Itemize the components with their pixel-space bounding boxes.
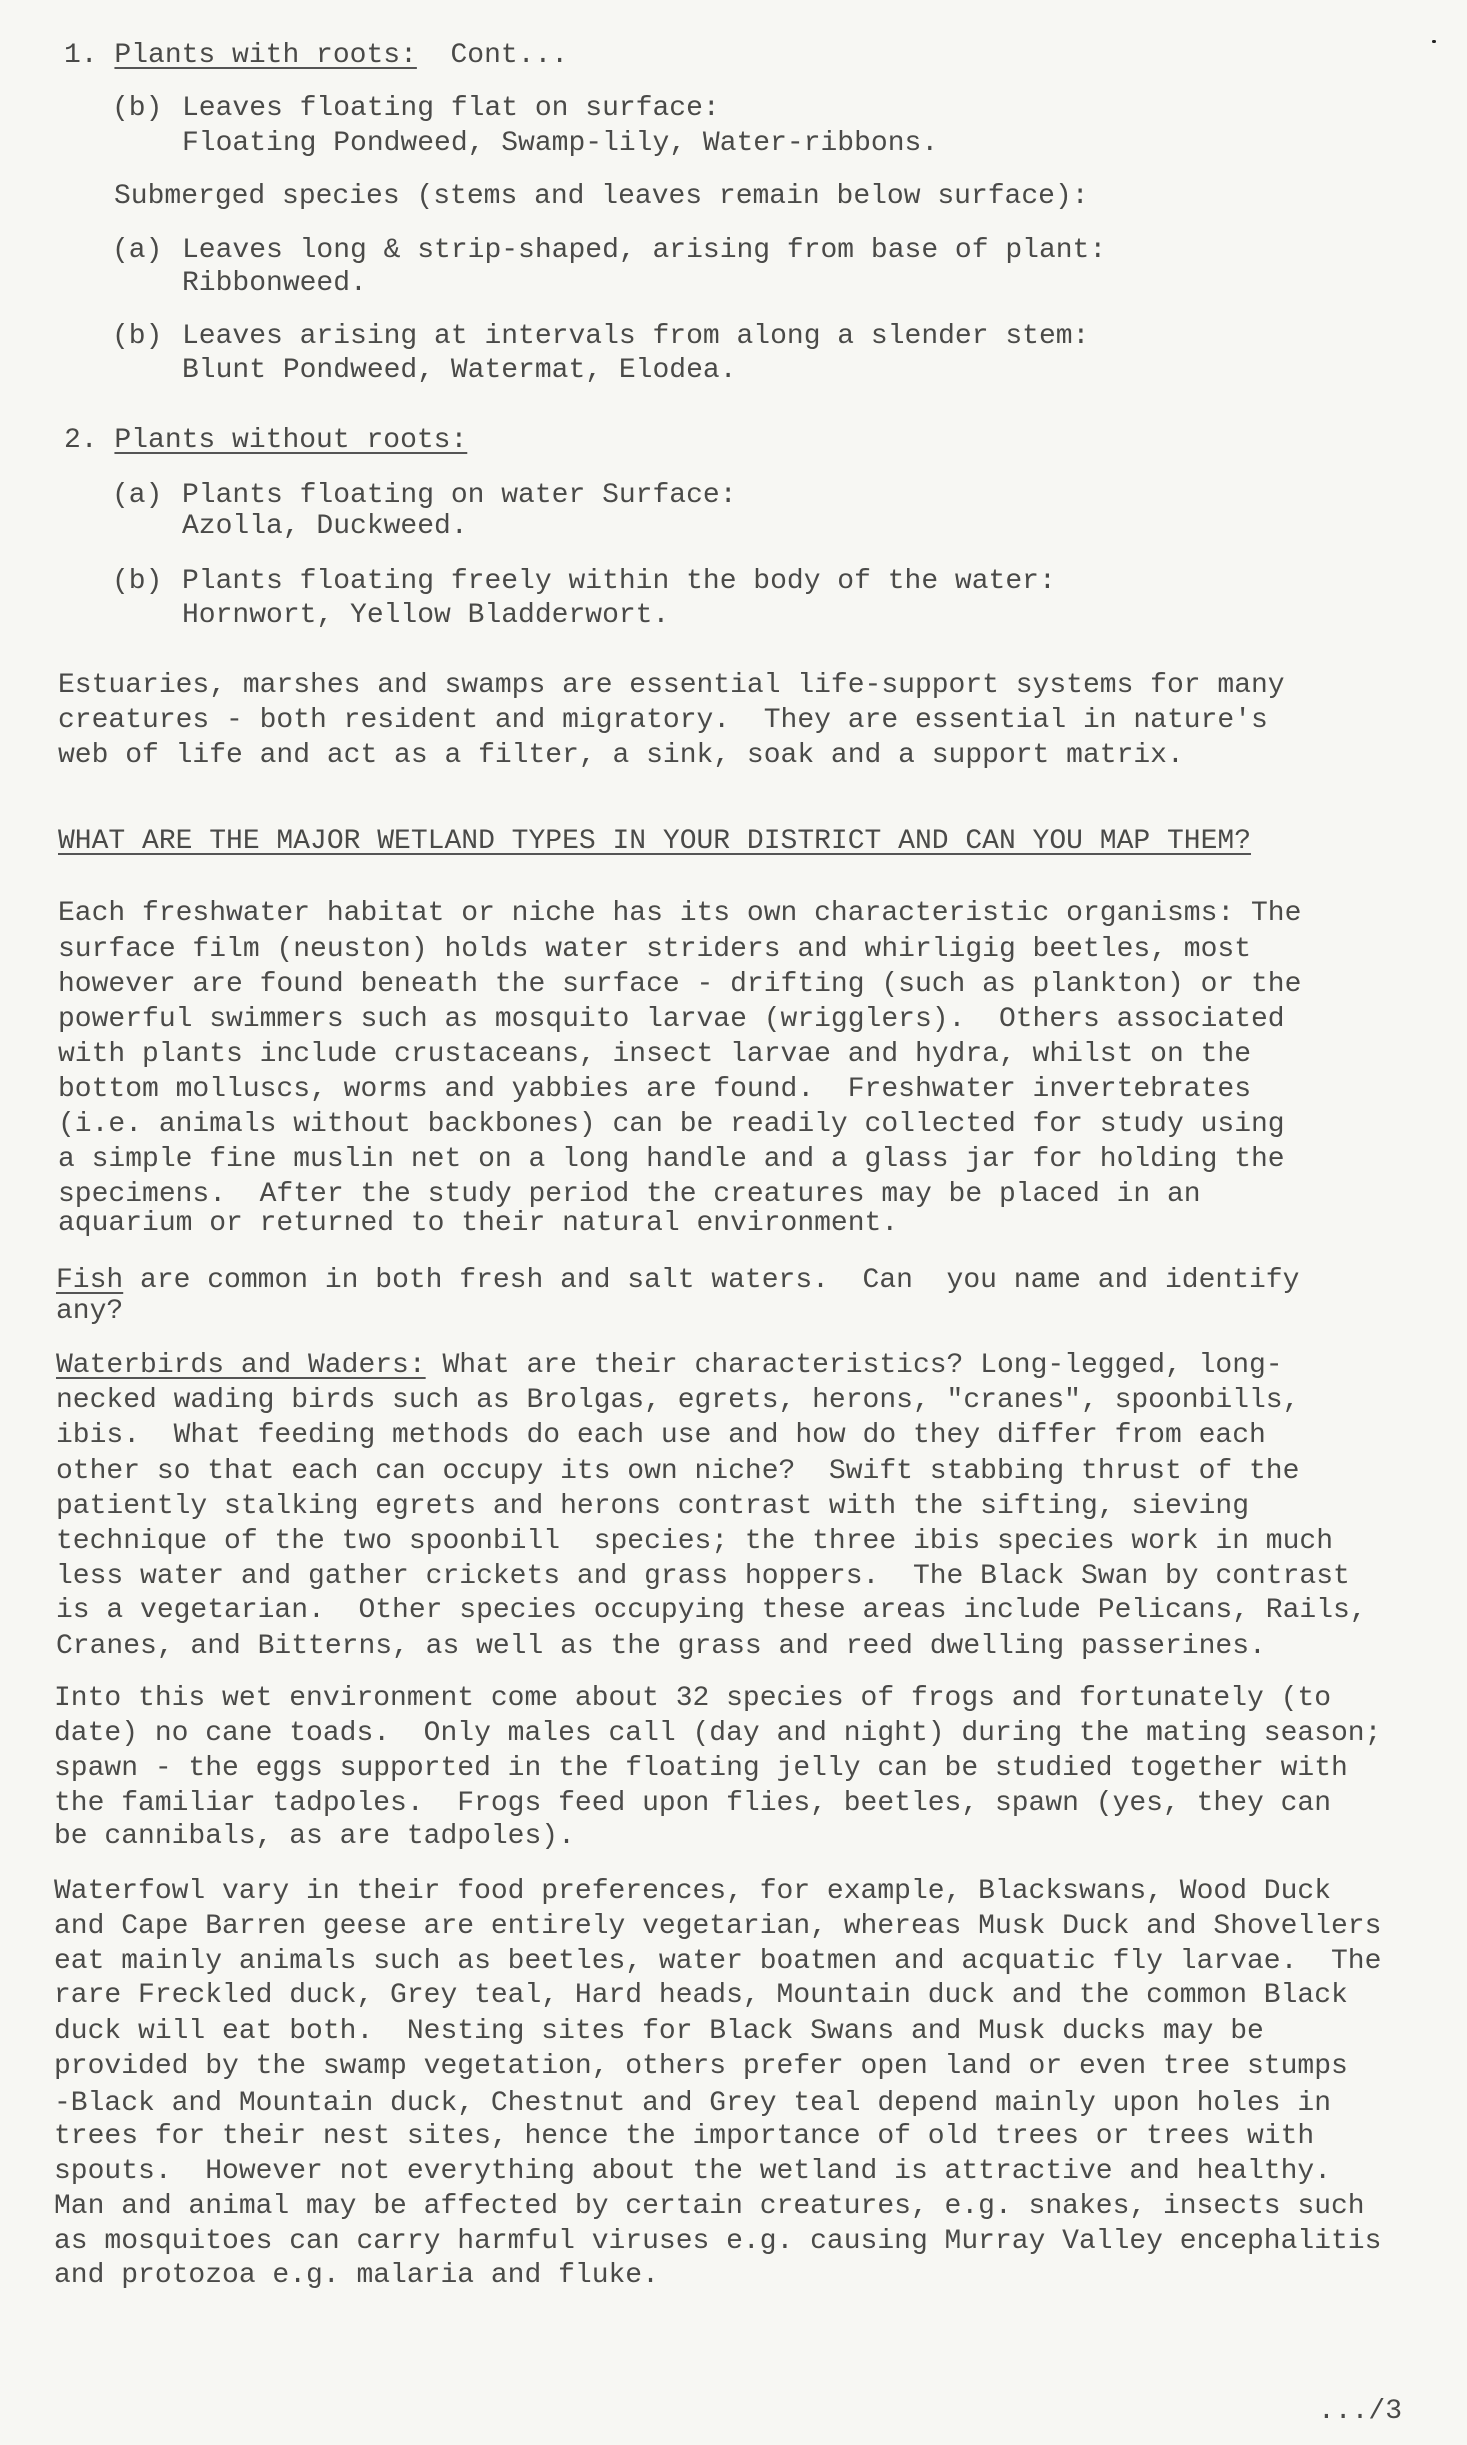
- paragraph-line: spawn - the eggs supported in the floati…: [54, 1755, 1348, 1783]
- ink-speck: [1432, 40, 1436, 43]
- paragraph-line: date) no cane toads. Only males call (da…: [54, 1720, 1381, 1748]
- paragraph-line: powerful swimmers such as mosquito larva…: [58, 1006, 1285, 1034]
- section2-b-line1: Plants floating freely within the body o…: [182, 568, 1056, 596]
- paragraph-line: with plants include crustaceans, insect …: [58, 1041, 1251, 1069]
- submerged-b-label: (b): [112, 323, 162, 351]
- paragraph-line: web of life and act as a filter, a sink,…: [58, 742, 1184, 770]
- section1-heading: 1. Plants with roots: Cont...: [64, 42, 568, 70]
- section1-number: 1.: [64, 40, 98, 71]
- paragraph-line: Waterbirds and Waders: What are their ch…: [56, 1352, 1283, 1380]
- paragraph-line: Man and animal may be affected by certai…: [54, 2193, 1365, 2221]
- paragraph-line: however are found beneath the surface - …: [58, 971, 1301, 999]
- paragraph-line: Waterfowl vary in their food preferences…: [54, 1878, 1331, 1906]
- paragraph-line: is a vegetarian. Other species occupying…: [56, 1597, 1367, 1625]
- waterbirds-label: Waterbirds and Waders:: [56, 1350, 426, 1381]
- submerged-heading: Submerged species (stems and leaves rema…: [114, 183, 1089, 211]
- paragraph-line: provided by the swamp vegetation, others…: [54, 2053, 1348, 2081]
- paragraph-line: specimens. After the study period the cr…: [58, 1181, 1201, 1209]
- submerged-b-line1: Leaves arising at intervals from along a…: [182, 323, 1089, 351]
- section2-a-line1: Plants floating on water Surface:: [182, 482, 737, 510]
- section2-b-line2: Hornwort, Yellow Bladderwort.: [182, 602, 669, 630]
- paragraph-line: a simple fine muslin net on a long handl…: [58, 1146, 1285, 1174]
- paragraph-line: the familiar tadpoles. Frogs feed upon f…: [54, 1790, 1331, 1818]
- paragraph-line: duck will eat both. Nesting sites for Bl…: [54, 2018, 1264, 2046]
- section-heading-wetland-types: WHAT ARE THE MAJOR WETLAND TYPES IN YOUR…: [58, 828, 1251, 856]
- paragraph-line: and protozoa e.g. malaria and fluke.: [54, 2262, 659, 2290]
- section2-b-label: (b): [112, 568, 162, 596]
- paragraph-line: other so that each can occupy its own ni…: [56, 1458, 1299, 1486]
- paragraph-line: necked wading birds such as Brolgas, egr…: [56, 1387, 1299, 1415]
- submerged-a-line2: Ribbonweed.: [182, 270, 367, 298]
- paragraph-line: ibis. What feeding methods do each use a…: [56, 1422, 1266, 1450]
- paragraph-line: (i.e. animals without backbones) can be …: [58, 1111, 1285, 1139]
- fish-text: are common in both fresh and salt waters…: [123, 1265, 1299, 1296]
- section2-a-label: (a): [112, 482, 162, 510]
- paragraph-line: and Cape Barren geese are entirely veget…: [54, 1913, 1381, 1941]
- paragraph-line: patiently stalking egrets and herons con…: [56, 1493, 1249, 1521]
- section1-title: Plants with roots:: [114, 40, 416, 71]
- paragraph-line: surface film (neuston) holds water strid…: [58, 936, 1251, 964]
- paragraph-line: less water and gather crickets and grass…: [56, 1563, 1350, 1591]
- paragraph-line: -Black and Mountain duck, Chestnut and G…: [54, 2090, 1331, 2118]
- submerged-a-label: (a): [112, 237, 162, 265]
- submerged-a-line1: Leaves long & strip-shaped, arising from…: [182, 237, 1106, 265]
- paragraph-line: eat mainly animals such as beetles, wate…: [54, 1948, 1381, 1976]
- paragraph-line: aquarium or returned to their natural en…: [58, 1210, 898, 1238]
- paragraph-line: Cranes, and Bitterns, as well as the gra…: [56, 1633, 1266, 1661]
- submerged-b-line2: Blunt Pondweed, Watermat, Elodea.: [182, 357, 737, 385]
- paragraph-line: Into this wet environment come about 32 …: [54, 1685, 1331, 1713]
- section2-a-line2: Azolla, Duckweed.: [182, 513, 468, 541]
- paragraph-line: as mosquitoes can carry harmful viruses …: [54, 2228, 1381, 2256]
- section1-b-line2: Floating Pondweed, Swamp-lily, Water-rib…: [182, 130, 938, 158]
- paragraph-line: creatures - both resident and migratory.…: [58, 707, 1268, 735]
- paragraph-line: Each freshwater habitat or niche has its…: [58, 900, 1301, 928]
- section1-cont: Cont...: [450, 40, 568, 71]
- paragraph-line: technique of the two spoonbill species; …: [56, 1528, 1333, 1556]
- paragraph-line: bottom molluscs, worms and yabbies are f…: [58, 1076, 1251, 1104]
- page-continuation-marker: .../3: [1318, 2398, 1402, 2426]
- fish-label: Fish: [56, 1265, 123, 1296]
- waterbirds-text: What are their characteristics? Long-leg…: [426, 1350, 1283, 1381]
- paragraph-line: any?: [56, 1298, 123, 1326]
- section1-b-label: (b): [112, 95, 162, 123]
- paragraph-line: rare Freckled duck, Grey teal, Hard head…: [54, 1982, 1348, 2010]
- paragraph-line: be cannibals, as are tadpoles).: [54, 1823, 575, 1851]
- paragraph-line: spouts. However not everything about the…: [54, 2158, 1331, 2186]
- section2-title: Plants without roots:: [114, 425, 467, 456]
- paragraph-line: Fish are common in both fresh and salt w…: [56, 1267, 1299, 1295]
- section2-number: 2.: [64, 425, 98, 456]
- section2-heading: 2. Plants without roots:: [64, 427, 467, 455]
- paragraph-line: trees for their nest sites, hence the im…: [54, 2123, 1314, 2151]
- paragraph-line: Estuaries, marshes and swamps are essent…: [58, 672, 1285, 700]
- section1-b-line1: Leaves floating flat on surface:: [182, 95, 720, 123]
